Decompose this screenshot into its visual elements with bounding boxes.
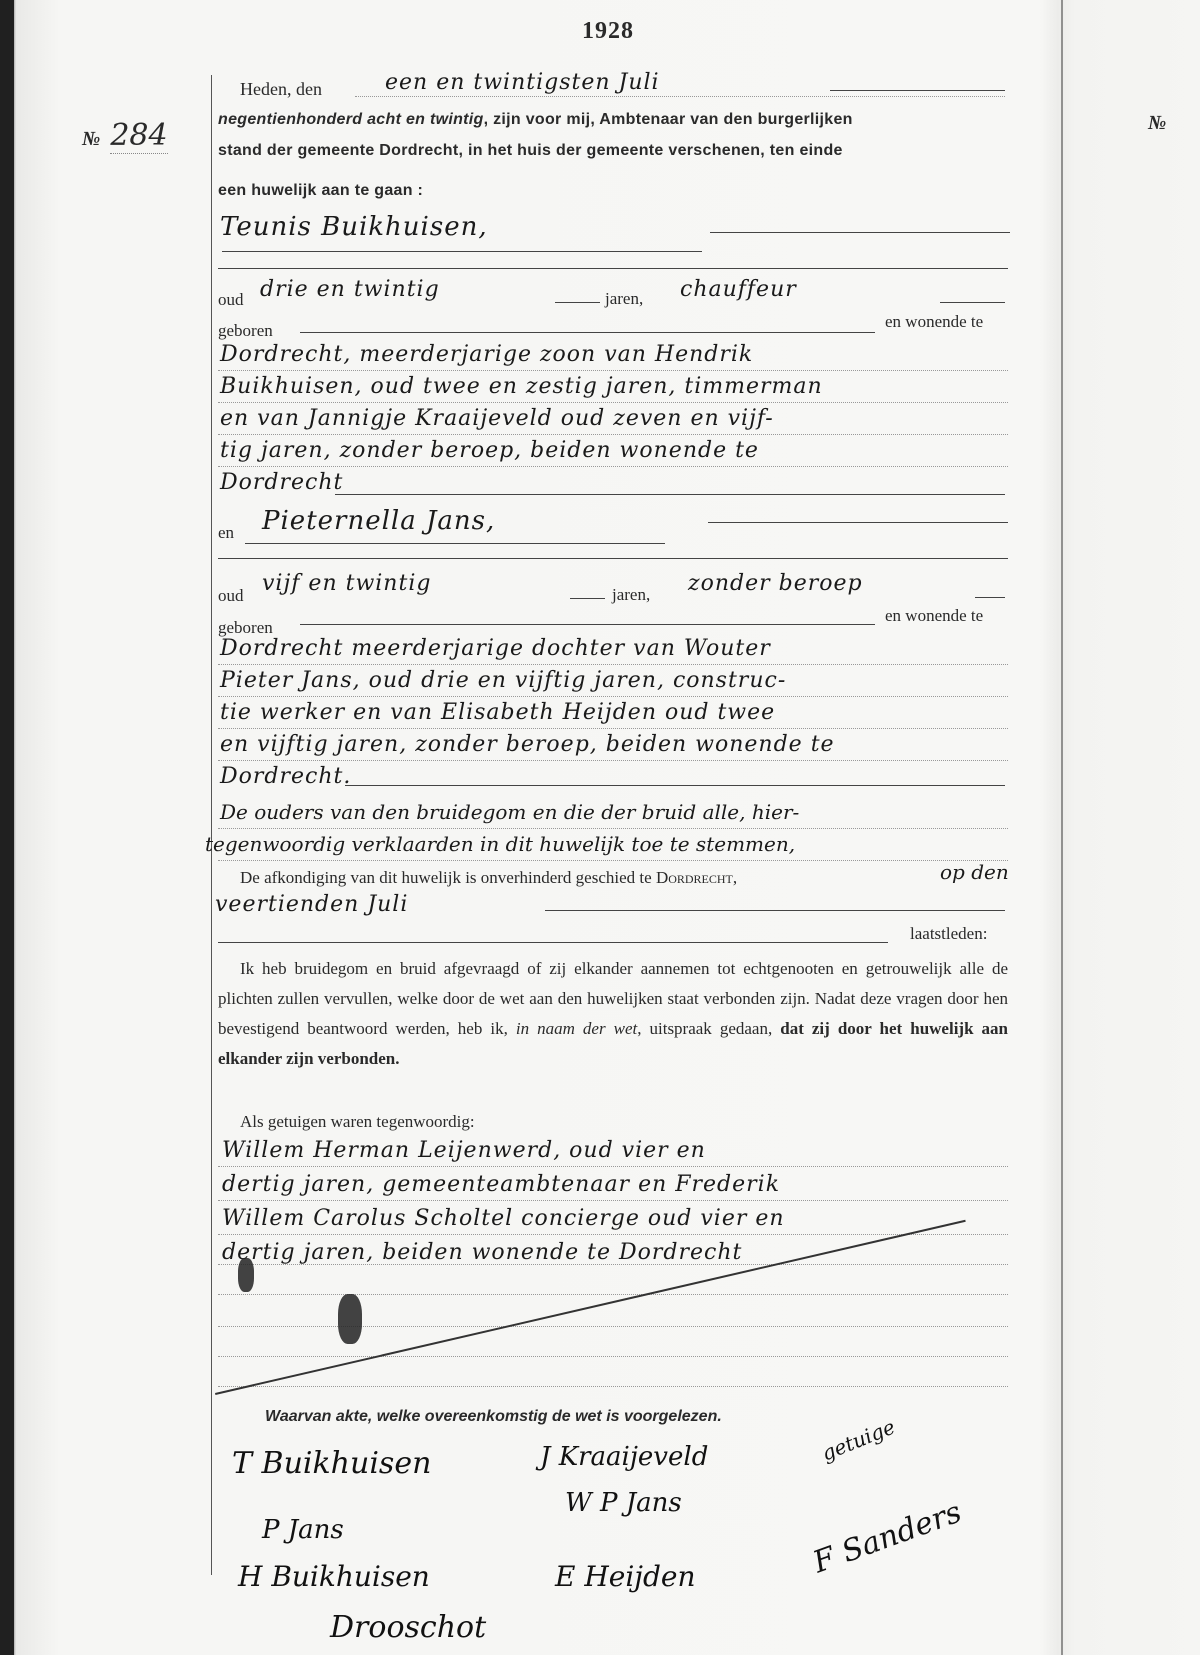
declaration-part-2: , uitspraak gedaan, (637, 1019, 780, 1038)
dotted-line (218, 1326, 1008, 1327)
bride-detail-3: tie werker en van Elisabeth Heijden oud … (220, 700, 775, 725)
fill-line (345, 785, 1005, 786)
fill-line (545, 910, 1005, 911)
signature-official: Drooschot (330, 1610, 486, 1645)
ink-blot (338, 1294, 362, 1344)
number-sign: № (82, 128, 100, 150)
fill-line (218, 268, 1008, 269)
dotted-line (218, 1264, 1008, 1265)
dotted-line (218, 1356, 1008, 1357)
dotted-line (218, 664, 1008, 665)
fill-line (975, 597, 1005, 598)
fill-line (245, 543, 665, 544)
page-fold (1061, 0, 1063, 1655)
dotted-line (218, 760, 1008, 761)
bride-name: Pieternella Jans, (262, 506, 495, 536)
bride-detail-1: Dordrecht meerderjarige dochter van Wout… (220, 636, 771, 661)
groom-wonende-label: en wonende te (885, 312, 983, 332)
dotted-line (218, 402, 1008, 403)
witness-line-2: dertig jaren, gemeenteambtenaar en Frede… (222, 1172, 780, 1197)
ink-blot (238, 1258, 254, 1292)
bride-wonende-label: en wonende te (885, 606, 983, 626)
groom-age: drie en twintig (260, 277, 440, 302)
groom-detail-2: Buikhuisen, oud twee en zestig jaren, ti… (220, 374, 823, 399)
groom-oud-label: oud (218, 290, 244, 310)
groom-detail-5: Dordrecht (220, 470, 343, 495)
proclamation-place: Dordrecht (656, 868, 733, 887)
signature-groom-father: H Buikhuisen (238, 1560, 430, 1593)
groom-jaren-label: jaren, (605, 289, 643, 309)
closing-statement: Waarvan akte, welke overeenkomstig de we… (265, 1408, 722, 1426)
consent-line-2: tegenwoordig verklaarden in dit huwelijk… (205, 832, 795, 856)
fill-line (335, 494, 1005, 495)
fill-line (570, 598, 605, 599)
declaration-paragraph: Ik heb bruidegom en bruid afgevraagd of … (218, 954, 1008, 1074)
intro-line-2: negentienhonderd acht en twintig, zijn v… (218, 111, 853, 129)
fill-line (218, 558, 1008, 559)
groom-geboren-label: geboren (218, 321, 273, 341)
fill-line (218, 942, 888, 943)
signature-bride: P Jans (262, 1515, 344, 1545)
record-number: №284 (82, 118, 168, 153)
groom-detail-1: Dordrecht, meerderjarige zoon van Hendri… (220, 342, 753, 367)
fill-line (355, 96, 1005, 97)
declaration-italic: in naam der wet (516, 1019, 637, 1038)
margin-rule (211, 75, 212, 1575)
dotted-line (218, 696, 1008, 697)
bride-en-label: en (218, 523, 234, 543)
fill-line (830, 90, 1005, 91)
bride-jaren-label: jaren, (612, 585, 650, 605)
signature-bride-mother: E Heijden (555, 1560, 696, 1593)
dotted-line (218, 1294, 1008, 1295)
heden-label: Heden, den (240, 79, 322, 100)
fill-line (222, 251, 702, 252)
bride-oud-label: oud (218, 586, 244, 606)
consent-line-1: De ouders van den bruidegom en die der b… (220, 800, 799, 824)
laatstleden-label: laatstleden: (910, 924, 987, 944)
signature-groom: T Buikhuisen (232, 1446, 431, 1481)
dotted-line (218, 434, 1008, 435)
fill-line (300, 332, 875, 333)
dotted-line (218, 860, 1008, 861)
bride-age: vijf en twintig (262, 571, 431, 596)
fill-line (300, 624, 875, 625)
groom-detail-4: tig jaren, zonder beroep, beiden wonende… (220, 438, 759, 463)
fill-line (708, 522, 1008, 523)
next-page-number: № (1148, 112, 1166, 135)
bride-detail-4: en vijftig jaren, zonder beroep, beiden … (220, 732, 835, 757)
witness-line-4: dertig jaren, beiden wonende te Dordrech… (222, 1240, 742, 1265)
scan-edge (0, 0, 14, 1655)
groom-occupation: chauffeur (680, 277, 797, 302)
proclamation-tail: op den (940, 860, 1009, 884)
dotted-line (218, 466, 1008, 467)
marriage-date: een en twintigsten Juli (385, 70, 660, 95)
groom-name: Teunis Buikhuisen, (220, 212, 488, 242)
dotted-line (218, 370, 1008, 371)
dotted-line (218, 1200, 1008, 1201)
proclamation-date: veertienden Juli (215, 892, 408, 917)
dotted-line (218, 828, 1008, 829)
bride-detail-5: Dordrecht. (220, 764, 351, 789)
intro-line-3: stand der gemeente Dordrecht, in het hui… (218, 142, 843, 160)
fill-line (555, 302, 600, 303)
dotted-line (218, 728, 1008, 729)
witness-line-1: Willem Herman Leijenwerd, oud vier en (222, 1138, 706, 1163)
intro-line-4: een huwelijk aan te gaan : (218, 182, 423, 200)
proclamation-printed: De afkondiging van dit huwelijk is onver… (240, 868, 652, 887)
witnesses-label: Als getuigen waren tegenwoordig: (240, 1112, 475, 1132)
witness-line-3: Willem Carolus Scholtel concierge oud vi… (222, 1206, 785, 1231)
signature-bride-father: W P Jans (565, 1488, 682, 1518)
bride-detail-2: Pieter Jans, oud drie en vijftig jaren, … (220, 668, 786, 693)
signature-groom-mother: J Kraaijeveld (540, 1442, 708, 1472)
record-number-value: 284 (110, 118, 167, 154)
dotted-line (218, 1234, 1008, 1235)
fill-line (940, 302, 1005, 303)
dotted-line (218, 1386, 1008, 1387)
dotted-line (218, 1166, 1008, 1167)
year-heading: 1928 (582, 18, 634, 45)
bride-occupation: zonder beroep (688, 571, 863, 596)
intro-line-2-rest: , zijn voor mij, Ambtenaar van den burge… (484, 111, 853, 128)
proclamation-text: De afkondiging van dit huwelijk is onver… (240, 868, 737, 888)
fill-line (710, 232, 1010, 233)
bride-geboren-label: geboren (218, 618, 273, 638)
year-words: negentienhonderd acht en twintig (218, 111, 484, 128)
groom-detail-3: en van Jannigje Kraaijeveld oud zeven en… (220, 406, 774, 431)
